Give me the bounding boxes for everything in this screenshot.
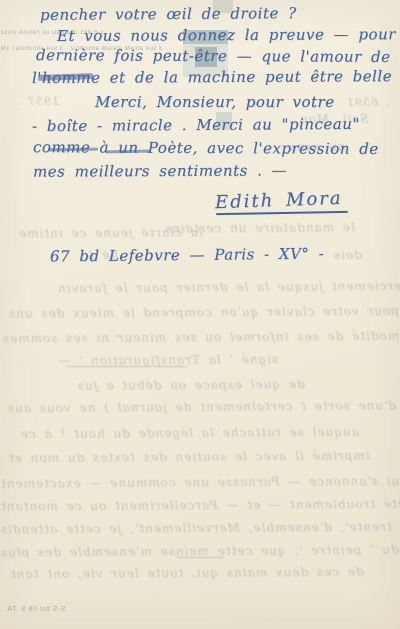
bleedthrough-line: de quel espace ou début e jus [77,377,305,393]
bleedthrough-line: la clarté jeune ce intime [18,225,203,240]
bleedthrough-line: imprimé il avec le soutien des textes du… [8,449,370,466]
letter-line: mes meilleurs sentiments . — [33,161,287,180]
bleedthrough-line: Infini remerciement jusque la le dernier… [57,279,400,296]
bleedthrough-line: auquel se rattache la légende du haut ! … [20,425,359,441]
letter-line: Merci, Monsieur, pour votre [95,93,335,111]
bleedthrough-line: il y a trente', d'ensemble, Merveillemen… [0,519,400,536]
bleedthrough-line: la fine commodité de ses informel ou ses… [2,328,400,345]
bleedthrough-underline [177,557,225,558]
bleedthrough-footer-mark: S-S bsl 08 9 .TA [7,606,65,613]
bleedthrough-line: comme une ' été troublement — et — Parce… [0,496,400,514]
scanned-letter-page: 1 B 981 in lanaD us naisnA snis2 3 su4 a… [0,0,400,629]
letter-line: dernière fois peut-être — que l'amour de [36,46,391,66]
letter-line: Et vous nous donnez la preuve — pour la [57,25,400,45]
signature: Edith Mora [215,188,343,213]
bleedthrough-line: dois [333,248,362,262]
bleedthrough-date-right: . 6591 [346,96,390,109]
bleedthrough-line: hé t [88,248,119,262]
bleedthrough-line: de ces deux mains qui, toute leur vie, o… [10,565,364,581]
bleedthrough-line: me dernier pour votre clavier qu'on comp… [8,303,400,320]
letter-line: pencher votre œil de droite ? [40,4,297,24]
letter-line: - boîte - miracle . Merci au "pinceau" [32,115,360,135]
bleedthrough-line: Vivement une qui s'annonce — Parnasse un… [0,473,400,491]
bleedthrough-date-left: 1957 . [15,95,59,108]
bleedthrough-line: d'une sorte ( certainement de journal ) … [7,399,396,416]
bleedthrough-underline [67,366,187,367]
